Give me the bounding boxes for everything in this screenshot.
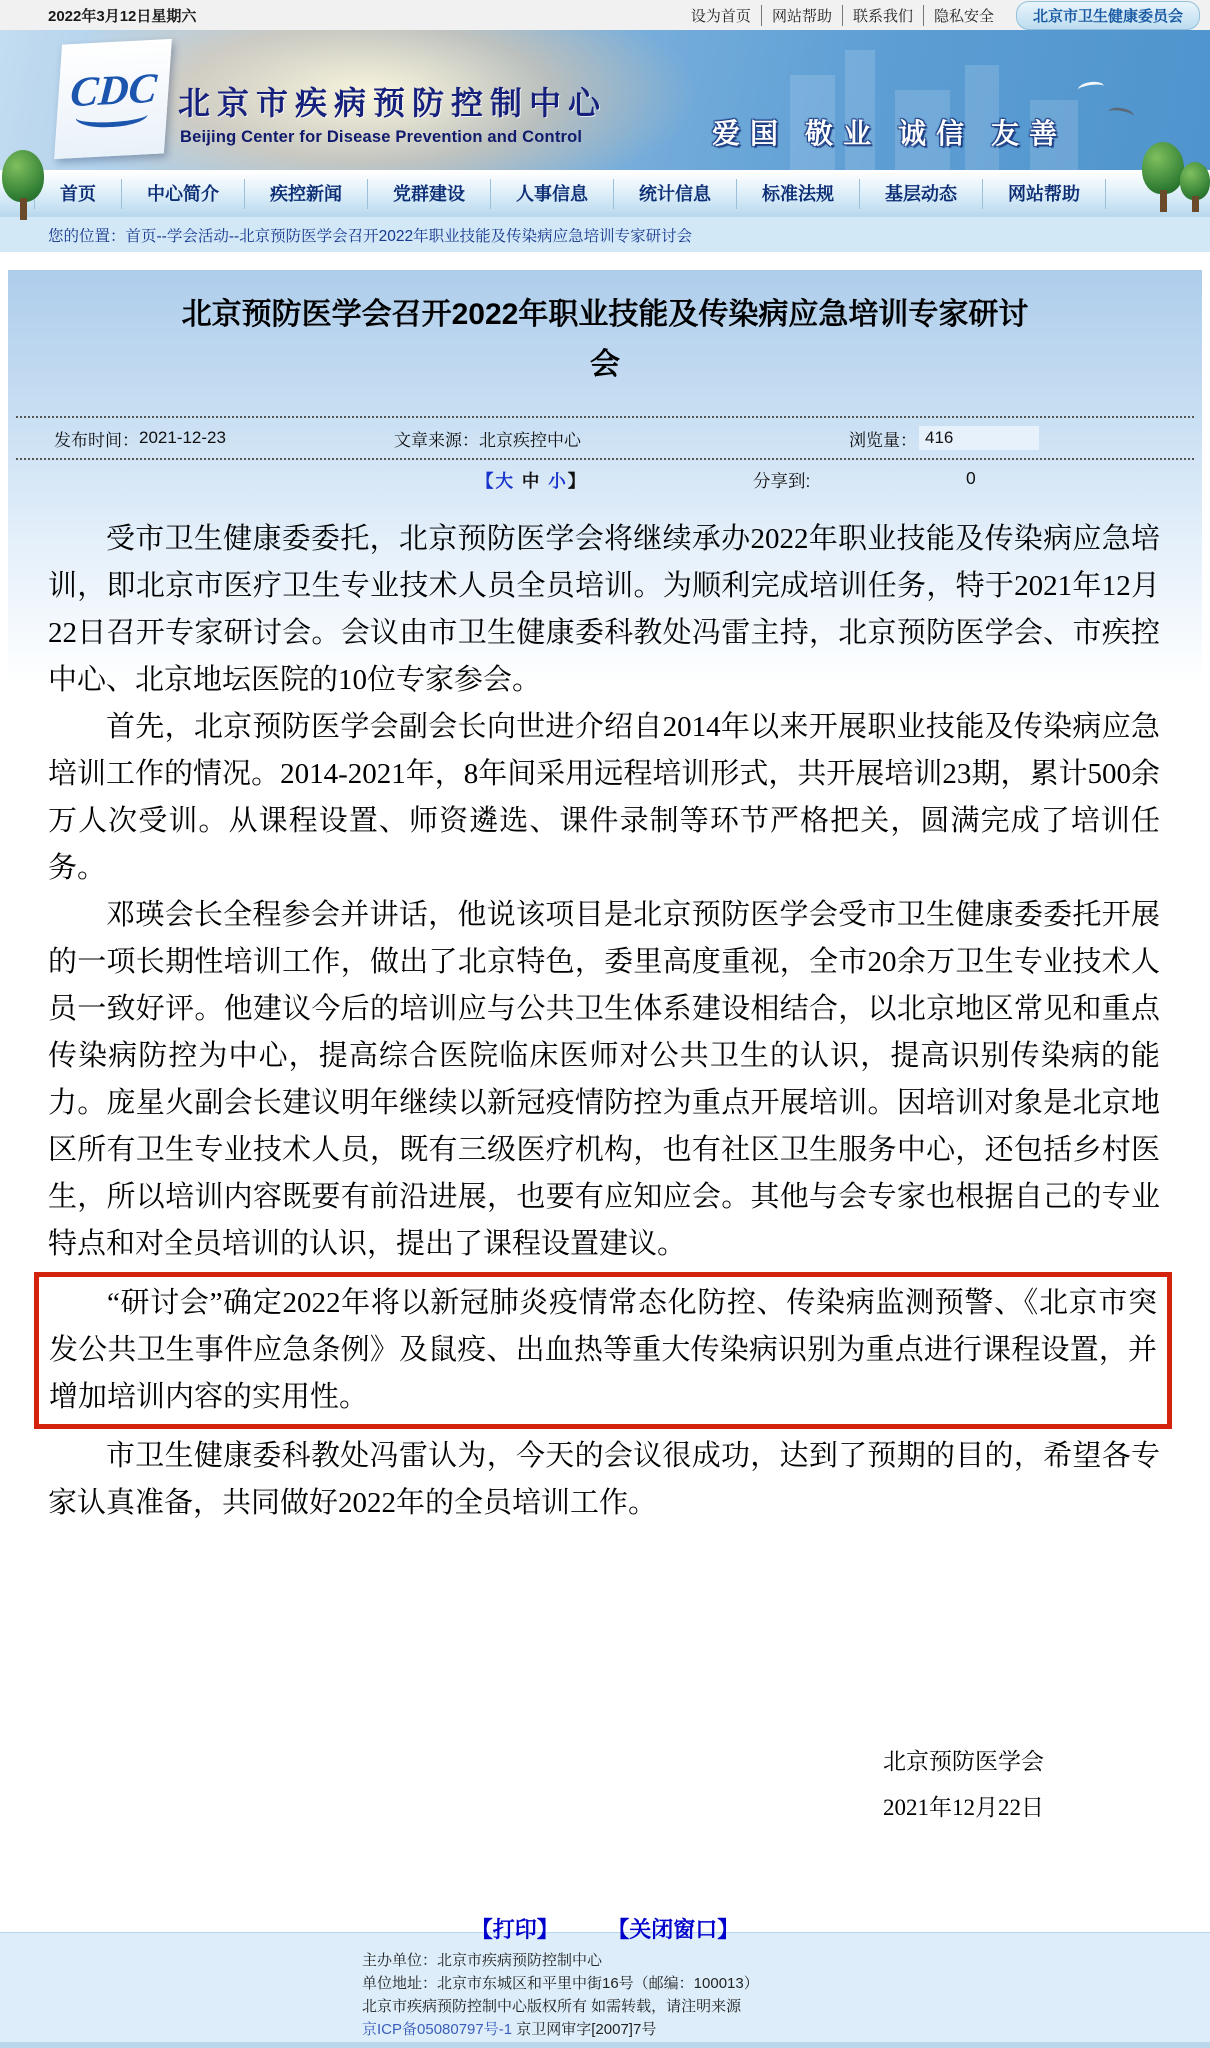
page-title: 北京预防医学会召开2022年职业技能及传染病应急培训专家研讨会 [170,270,1040,390]
link-site-help[interactable]: 网站帮助 [761,5,842,26]
close-window-button[interactable]: 【关闭窗口】 [607,1913,739,1944]
breadcrumb-label: 您的位置： [48,224,126,246]
paragraph-highlighted: “研讨会”确定2022年将以新冠肺炎疫情常态化防控、传染病监测预警、《北京市突发… [49,1280,1157,1421]
link-contact-us[interactable]: 联系我们 [842,5,923,26]
paragraph: 受市卫生健康委委托，北京预防医学会将继续承办2022年职业技能及传染病应急培训，… [48,516,1160,704]
nav-item-personnel-info[interactable]: 人事信息 [491,179,614,209]
page-footer: 主办单位：北京市疾病预防控制中心 单位地址：北京市东城区和平里中街16号（邮编：… [0,1932,1210,2042]
footer-copyright: 北京市疾病预防控制中心版权所有 如需转载，请注明来源 [362,1995,1210,2018]
link-privacy[interactable]: 隐私安全 [923,5,1004,26]
cdc-logo: CDC [54,39,172,159]
toolbar-row: 【大 中 小】 分享到: 0 [8,460,1202,502]
publish-time: 发布时间：2021-12-23 [54,426,394,451]
building-silhouette [845,50,875,170]
spacer [0,252,1210,270]
tree-icon [1180,162,1210,212]
nav-item-statistics[interactable]: 统计信息 [614,179,737,209]
footer-bottom-strip [0,2042,1210,2048]
share-count: 0 [966,468,976,489]
site-title: 北京市疾病预防控制中心 [178,78,607,124]
icp-license-link[interactable]: 京ICP备05080797号-1 [362,2021,512,2038]
article-meta: 发布时间：2021-12-23 文章来源：北京疾控中心 浏览量：416 [8,416,1202,460]
footer-icp-line: 京ICP备05080797号-1 京卫网审字[2007]7号 [362,2018,1210,2041]
nav-item-party-building[interactable]: 党群建设 [368,179,491,209]
breadcrumb: 您的位置：首页--学会活动--北京预防医学会召开2022年职业技能及传染病应急培… [0,216,1210,252]
paragraph: 市卫生健康委科教处冯雷认为，今天的会议很成功，达到了预期的目的，希望各专家认真准… [48,1433,1160,1527]
site-title-english: Beijing Center for Disease Prevention an… [180,128,582,147]
topbar: 2022年3月12日星期六 设为首页 网站帮助 联系我们 隐私安全 北京市卫生健… [0,0,1210,30]
signature-org: 北京预防医学会 [8,1739,1044,1785]
paragraph: 邓瑛会长全程参会并讲话，他说该项目是北京预防医学会受市卫生健康委委托开展的一项长… [48,892,1160,1268]
nav-item-grassroots[interactable]: 基层动态 [860,179,983,209]
font-size-large-button[interactable]: 大 [496,471,516,491]
review-number: 京卫网审字[2007]7号 [516,2021,656,2038]
article-signature: 北京预防医学会 2021年12月22日 [8,1739,1202,1831]
seagull-icon [1107,106,1135,122]
nav-item-regulations[interactable]: 标准法规 [737,179,860,209]
highlighted-paragraph-box: “研讨会”确定2022年将以新冠肺炎疫情常态化防控、传染病监测预警、《北京市突发… [34,1272,1172,1429]
bracket-open: 【 [476,471,496,491]
nav-item-cdc-news[interactable]: 疾控新闻 [245,179,368,209]
link-set-homepage[interactable]: 设为首页 [681,5,761,26]
footer-address: 单位地址：北京市东城区和平里中街16号（邮编：100013） [362,1972,1210,1995]
article-panel: 北京预防医学会召开2022年职业技能及传染病应急培训专家研讨会 发布时间：202… [8,270,1202,1932]
nav-item-site-help[interactable]: 网站帮助 [983,179,1106,209]
topbar-links: 设为首页 网站帮助 联系我们 隐私安全 北京市卫生健康委员会 [681,1,1200,30]
main-nav: 首页 中心简介 疾控新闻 党群建设 人事信息 统计信息 标准法规 基层动态 网站… [0,170,1210,216]
footer-host-unit: 主办单位：北京市疾病预防控制中心 [362,1949,1210,1972]
core-values-slogan: 爱国 敬业 诚信 友善 [712,112,1067,152]
print-button[interactable]: 【打印】 [471,1913,559,1944]
site-banner: CDC 北京市疾病预防控制中心 Beijing Center for Disea… [0,30,1210,170]
nav-item-about[interactable]: 中心简介 [122,179,245,209]
current-date: 2022年3月12日星期六 [48,5,196,26]
nav-item-home[interactable]: 首页 [34,179,122,209]
font-size-medium-button[interactable]: 中 [522,471,542,491]
share-to-label: 分享到: [753,468,810,493]
font-size-small-button[interactable]: 小 [548,471,568,491]
article-source: 文章来源：北京疾控中心 [394,426,849,451]
signature-date: 2021年12月22日 [8,1785,1044,1831]
bracket-close: 】 [568,471,588,491]
tree-icon [2,150,44,220]
view-count-value: 416 [919,426,1039,450]
seagull-icon [1077,80,1104,96]
tree-icon [1142,142,1184,212]
font-size-selector: 【大 中 小】 [476,468,587,493]
view-count: 浏览量：416 [849,426,1039,451]
article-body: 受市卫生健康委委托，北京预防医学会将继续承办2022年职业技能及传染病应急培训，… [8,502,1202,1527]
health-committee-button[interactable]: 北京市卫生健康委员会 [1016,1,1200,30]
paragraph: 首先，北京预防医学会副会长向世进介绍自2014年以来开展职业技能及传染病应急培训… [48,704,1160,892]
breadcrumb-path[interactable]: 首页--学会活动--北京预防医学会召开2022年职业技能及传染病应急培训专家研讨… [126,224,693,246]
